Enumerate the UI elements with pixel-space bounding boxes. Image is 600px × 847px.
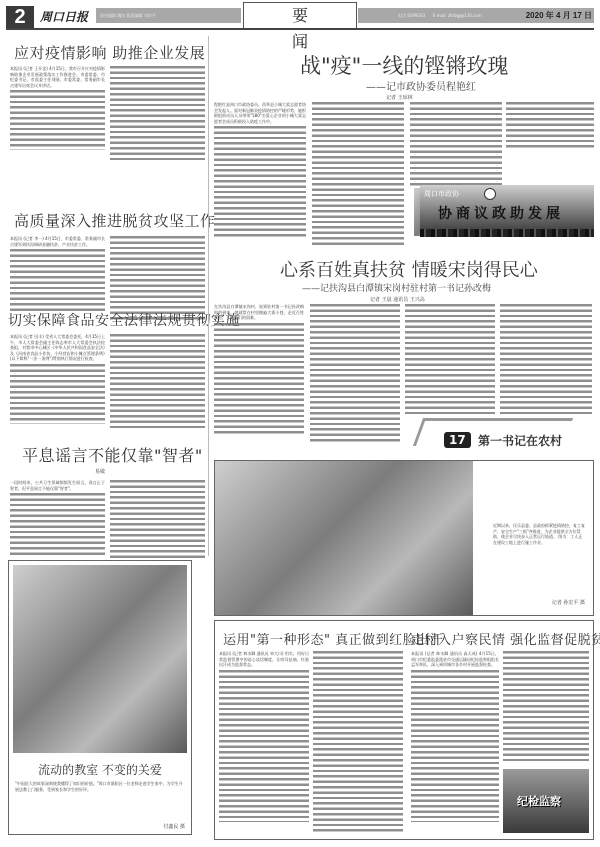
photo-caption-left: "中国医大的故事深刻使我懂得了知识的价值。"周口市淮阳区一位老师走进学生家中，为…	[15, 781, 185, 819]
headline-a4[interactable]: 平息谣言不能仅靠"智者"	[22, 443, 203, 466]
masthead: 2 周口日报 责任编辑 魏东 版面编辑 刘玲平 要闻 电话 8399333 E-…	[0, 0, 600, 30]
ad-cppcc-org: 周口市政协	[424, 189, 459, 199]
emblem-icon	[484, 188, 496, 200]
byline-a6: 记者 王晨 通讯员 王兴高	[370, 296, 425, 303]
body-a6-col1: 在扶沟县白潭镇宋岗村，说到驻村第一书记孙改梅时的到来，她就常在村里跑遍大街小巷，…	[214, 304, 304, 444]
body-a5-col1: 程艳红是周口市政协委员、西华县小城大爱志愿者协会发起人。面对新冠肺炎疫情防控的严…	[214, 102, 306, 248]
body-a4-col2	[110, 480, 205, 560]
body-a6-col4	[500, 304, 592, 414]
photo-classroom[interactable]	[13, 565, 187, 753]
body-a5-col2	[312, 102, 404, 248]
author-a4: 易敏	[95, 468, 105, 475]
body-a8-col1: 本报讯 (记者 林水卿 通讯员 高天成) 4月15日，周口市纪委监委派驻市交通运…	[411, 651, 499, 833]
photo-box-left: 流动的教室 不变的关爱 "中国医大的故事深刻使我懂得了知识的价值。"周口市淮阳区…	[8, 560, 192, 835]
subheadline-a6: ——记扶沟县白潭镇宋岗村驻村第一书记孙改梅	[302, 281, 491, 294]
hotline: 电话 8399333	[398, 13, 425, 18]
photo-workers[interactable]	[215, 461, 473, 615]
body-a3-col1: 本报讯 (记者 田丰) 受省人大常委会委托，4月15日上午，市人大常委会副主任陈…	[10, 334, 105, 430]
body-a5-col4	[506, 102, 594, 148]
headline-a5[interactable]: 战"疫"一线的铿锵玫瑰	[300, 50, 508, 80]
issue-date: 2020 年 4 月 17 日	[526, 8, 592, 23]
photo-title-left: 流动的教室 不变的关爱	[9, 761, 191, 778]
ad-cppcc-banner[interactable]: 周口市政协 协商议政助发展	[420, 185, 594, 237]
first-secretary-badge: 17	[444, 432, 471, 448]
body-a1-col1: 本报讯 (记者 王开忠) 4月15日，我市召开应对疫情影响助推企业发展政策落实工…	[10, 66, 105, 161]
body-a2-col1: 本报讯 (记者 李一) 4月15日，市委常委、常务副市长吉建军到扶沟调研金融扶贫…	[10, 236, 105, 320]
subheadline-a5: ——记市政协委员程艳红	[366, 78, 476, 93]
editor-info: 责任编辑 魏东 版面编辑 刘玲平	[96, 8, 241, 23]
headline-a2[interactable]: 高质量深入推进脱贫攻坚工作	[14, 210, 216, 231]
ad-discipline-label: 纪检监察	[517, 793, 561, 809]
body-a6-col3	[405, 304, 495, 414]
headline-a6[interactable]: 心系百姓真扶贫 情暖宋岗得民心	[280, 256, 538, 282]
skyline-graphic	[420, 229, 594, 237]
body-a8-col2	[503, 651, 589, 761]
body-a7-col1: 本报讯 (记者 林水卿 通讯员 单大川) 用实、用好日常监督管理中的谈心谈话制度…	[219, 651, 309, 833]
page-number: 2	[6, 6, 34, 28]
body-a3-col2	[110, 334, 205, 430]
body-a4-col1: 一段时间来，公共卫生领域频频发生谣言。谣言止于智者，但平息谣言不能仅靠"智者"。	[10, 480, 105, 560]
photo-box-right: 近期以来，民乐县委、县政府抓紧疫情防控，复工复产，安全生产"三抓"齐推进，为企业…	[214, 460, 594, 616]
paper-name: 周口日报	[40, 8, 88, 25]
photo-credit-left: 付鑫民 摄	[163, 823, 185, 830]
email: E-mail: zkrbgj@126.com	[433, 13, 482, 18]
body-a7-col2	[313, 651, 403, 833]
photo-credit-right: 记者 孙宏平 摄	[552, 599, 585, 606]
ad-first-secretary[interactable]: 17 第一书记在农村	[408, 418, 596, 454]
section-title: 要闻	[243, 2, 357, 28]
photo-caption-right: 近期以来，民乐县委、县政府抓紧疫情防控，复工复产，安全生产"三抓"齐推进，为企业…	[493, 523, 585, 589]
masthead-rule	[6, 28, 594, 30]
headline-a8[interactable]: 走村入户察民情 强化监督促脱贫	[411, 629, 600, 648]
headline-a1[interactable]: 应对疫情影响 助推企业发展	[14, 42, 205, 63]
body-a5-col3	[410, 102, 502, 188]
headline-a3[interactable]: 切实保障食品安全法律法规贯彻实施	[8, 310, 240, 330]
body-a6-col2	[310, 304, 400, 444]
column-divider	[208, 36, 209, 556]
first-secretary-label: 第一书记在农村	[478, 432, 562, 449]
body-a1-col2	[110, 66, 205, 161]
byline-a5: 记者 王琼林	[386, 94, 413, 101]
ad-cppcc-slogan: 协商议政助发展	[438, 203, 564, 223]
discipline-box: 运用"第一种形态" 真正做到红脸出汗 本报讯 (记者 林水卿 通讯员 单大川) …	[214, 620, 594, 840]
body-a2-col2	[110, 236, 205, 320]
ad-discipline[interactable]: 纪检监察	[503, 769, 589, 833]
